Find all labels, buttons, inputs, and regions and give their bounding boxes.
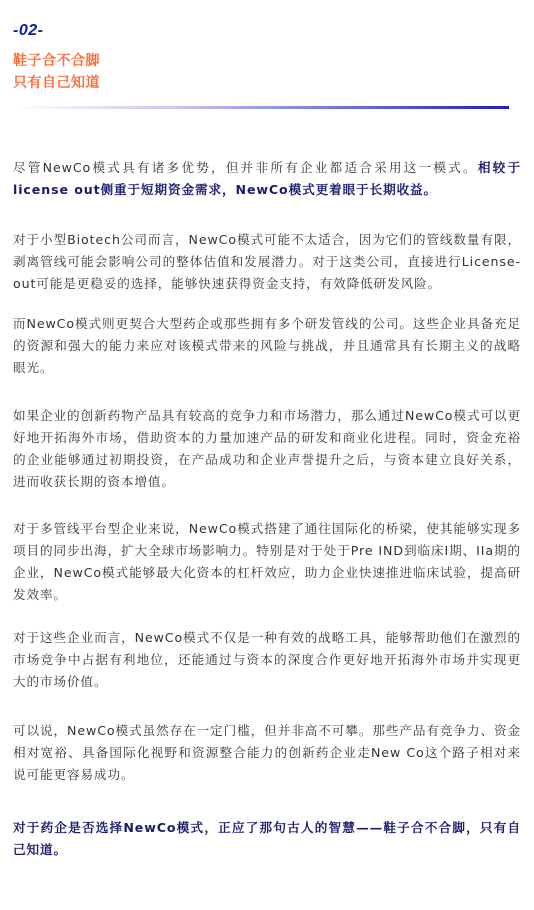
section-title-line-1: 鞋子合不合脚 bbox=[13, 50, 100, 72]
paragraph-conclusion: 对于药企是否选择NewCo模式，正应了那句古人的智慧——鞋子合不合脚，只有自己知… bbox=[13, 817, 521, 861]
section-number: -02- bbox=[13, 22, 43, 40]
paragraph-multi-pipeline: 对于多管线平台型企业来说，NewCo模式搭建了通往国际化的桥梁，使其能够实现多项… bbox=[13, 518, 521, 606]
paragraph-threshold: 可以说，NewCo模式虽然存在一定门槛，但并非高不可攀。那些产品有竞争力、资金相… bbox=[13, 720, 521, 786]
paragraph-small-biotech: 对于小型Biotech公司而言，NewCo模式可能不太适合，因为它们的管线数量有… bbox=[13, 229, 521, 295]
section-title-line-2: 只有自己知道 bbox=[13, 72, 100, 94]
paragraph-strategic-tool: 对于这些企业而言，NewCo模式不仅是一种有效的战略工具，能够帮助他们在激烈的市… bbox=[13, 627, 521, 693]
gradient-divider bbox=[13, 106, 509, 109]
paragraph-intro: 尽管NewCo模式具有诸多优势，但并非所有企业都适合采用这一模式。相较于lice… bbox=[13, 157, 521, 201]
section-title: 鞋子合不合脚 只有自己知道 bbox=[13, 50, 100, 94]
paragraph-competitive-products: 如果企业的创新药物产品具有较高的竞争力和市场潜力，那么通过NewCo模式可以更好… bbox=[13, 405, 521, 493]
paragraph-intro-normal: 尽管NewCo模式具有诸多优势，但并非所有企业都适合采用这一模式。 bbox=[13, 160, 478, 175]
paragraph-large-pharma: 而NewCo模式则更契合大型药企或那些拥有多个研发管线的公司。这些企业具备充足的… bbox=[13, 313, 521, 379]
